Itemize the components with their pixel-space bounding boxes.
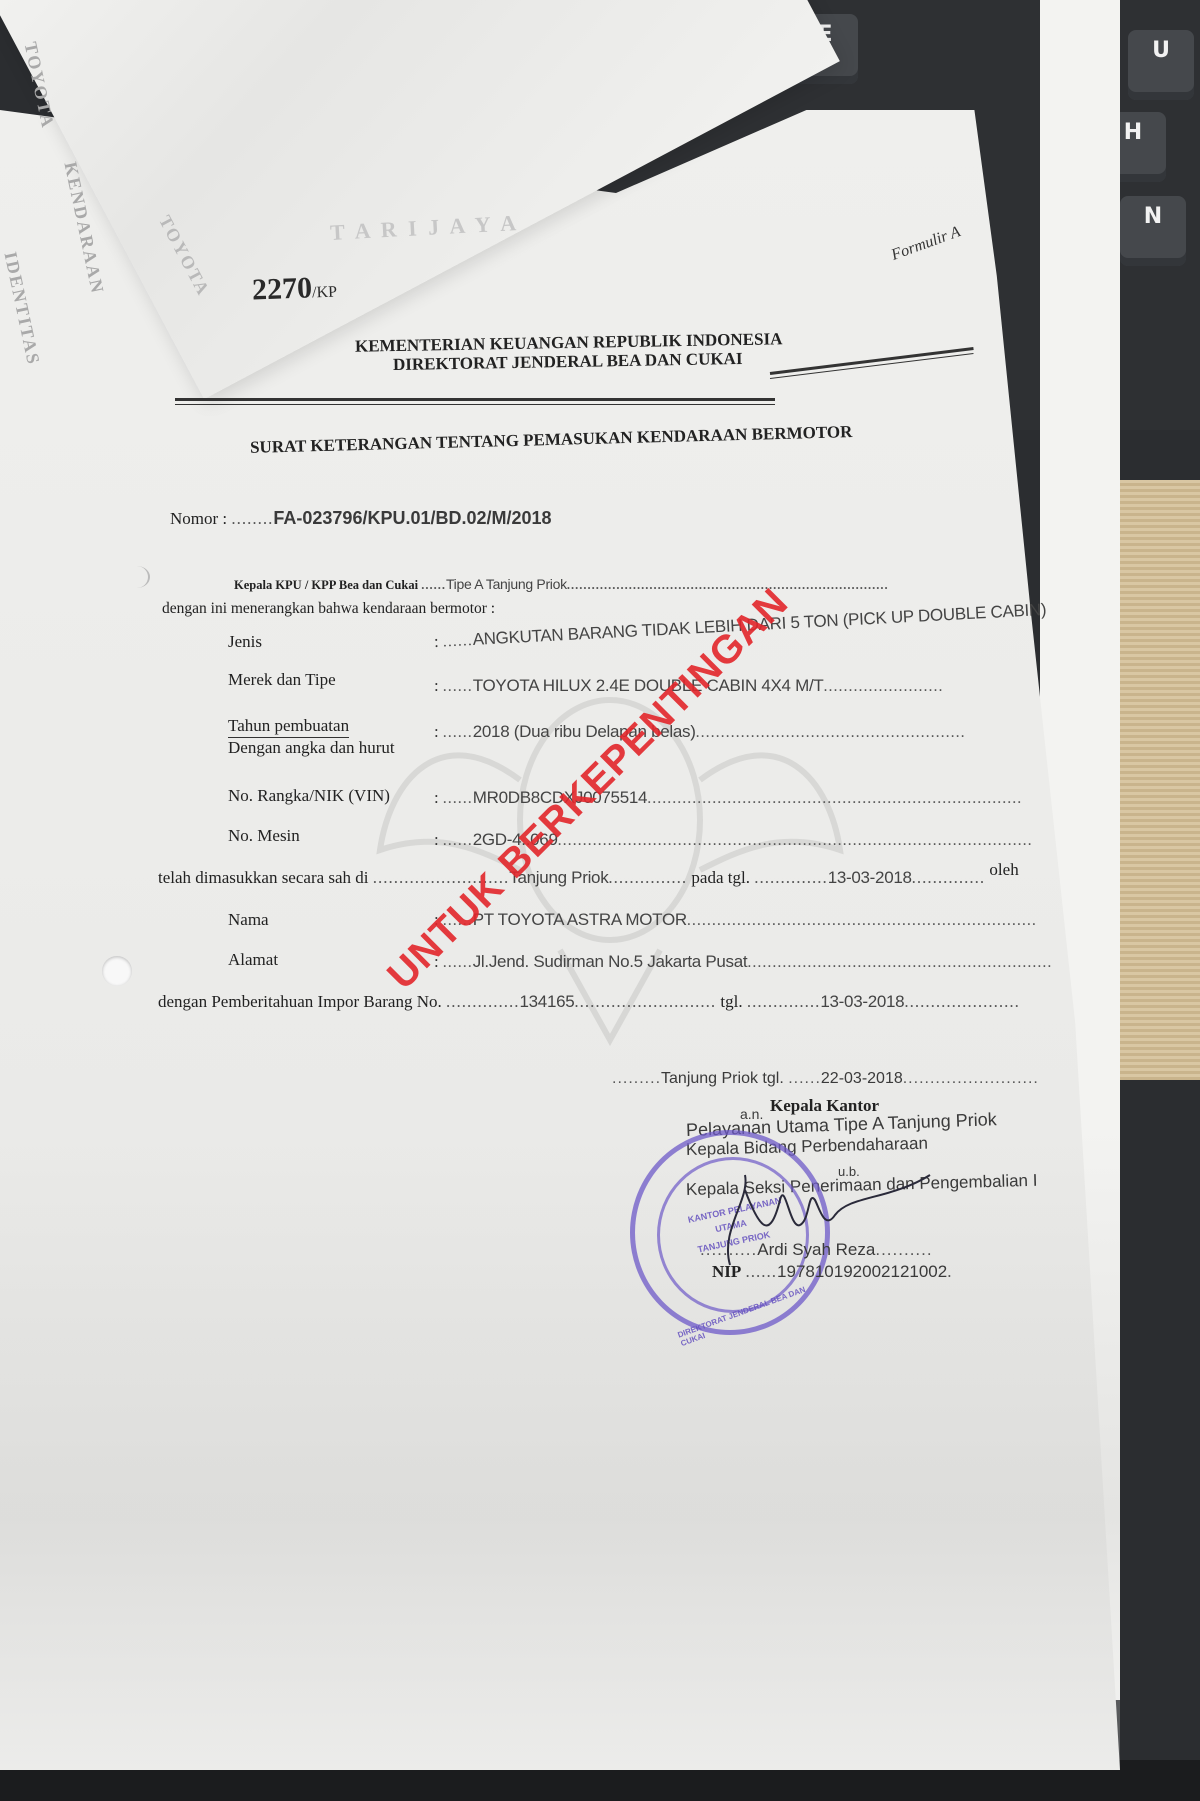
punch-hole (124, 566, 150, 588)
rangka-label: No. Rangka/NIK (VIN) (228, 786, 390, 806)
header-rule (175, 398, 775, 401)
pib-number: 134165 (519, 992, 574, 1011)
nomor-value: FA-023796/KPU.01/BD.02/M/2018 (273, 508, 551, 528)
signature-date-label: tgl. (762, 1070, 783, 1087)
nip-row: NIP ......197810192002121002. (712, 1262, 952, 1282)
colon: : (434, 788, 439, 807)
colon: : (433, 632, 439, 651)
colon: : (434, 676, 439, 695)
document-number-value: 2270 (251, 271, 312, 306)
alamat-value: Jl.Jend. Sudirman No.5 Jakarta Pusat (473, 952, 748, 971)
signature-place: Tanjung Priok (661, 1070, 758, 1087)
wooden-desk (1110, 480, 1200, 1080)
office-value: Tipe A Tanjung Priok (446, 576, 567, 592)
signature-date: 22-03-2018 (821, 1070, 903, 1087)
jenis-label: Jenis (228, 632, 262, 652)
entered-label: telah dimasukkan secara sah di (158, 868, 369, 887)
rangka-row: : ......MR0DB8CDXJ0075514...............… (434, 788, 1022, 808)
alamat-label: Alamat (228, 950, 278, 970)
merek-label: Merek dan Tipe (228, 670, 336, 690)
tahun-row: : ......2018 (Dua ribu Delapan belas)...… (434, 722, 966, 742)
nama-label: Nama (228, 910, 269, 930)
pib-date-label: tgl. (720, 992, 742, 1011)
entered-row: telah dimasukkan secara sah di .........… (158, 868, 1019, 888)
paper-shadow (0, 1130, 1120, 1770)
key-n: N (1120, 196, 1186, 266)
pib-date: 13-03-2018 (820, 992, 904, 1011)
office-row: Kepala KPU / KPP Bea dan Cukai ......Tip… (234, 576, 889, 593)
alamat-row: : ......Jl.Jend. Sudirman No.5 Jakarta P… (434, 952, 1052, 972)
signature-place-date: .........Tanjung Priok tgl. ......22-03-… (612, 1070, 1039, 1088)
signatory-name: Ardi Syah Reza (757, 1240, 875, 1259)
document-number-suffix: /KP (312, 284, 337, 302)
document-number: 2270/KP (251, 271, 337, 308)
nip-value: 197810192002121002 (777, 1262, 947, 1281)
nama-row: : ......PT TOYOTA ASTRA MOTOR...........… (434, 910, 1037, 930)
signatory-name-row: ..........Ardi Syah Reza.......... (700, 1240, 933, 1260)
office-label: Kepala KPU / KPP Bea dan Cukai (234, 578, 418, 592)
oleh-label: oleh (989, 860, 1018, 879)
tahun-label: Tahun pembuatan (228, 716, 349, 738)
mesin-label: No. Mesin (228, 826, 300, 846)
nomor-label: Nomor : (170, 509, 227, 528)
entered-date-label: pada tgl. (691, 868, 750, 887)
header-rule-thin (175, 404, 775, 405)
entered-date: 13-03-2018 (828, 868, 912, 887)
punch-hole (102, 956, 132, 986)
colon: : (434, 830, 439, 849)
colon: : (434, 722, 439, 741)
merek-value: TOYOTA HILUX 2.4E DOUBLE CABIN 4X4 M/T (473, 676, 824, 695)
pib-row: dengan Pemberitahuan Impor Barang No. ..… (158, 992, 1020, 1012)
intro-text: dengan ini menerangkan bahwa kendaraan b… (162, 600, 495, 618)
receipt-brand: TOYOTA (154, 212, 214, 300)
nip-label: NIP (712, 1262, 741, 1281)
nama-value: PT TOYOTA ASTRA MOTOR (473, 910, 687, 929)
key-u: U (1128, 30, 1194, 100)
nomor-row: Nomor : ........FA-023796/KPU.01/BD.02/M… (170, 508, 552, 529)
tahun-sublabel: Dengan angka dan hurut (228, 738, 395, 758)
pib-label: dengan Pemberitahuan Impor Barang No. (158, 992, 442, 1011)
